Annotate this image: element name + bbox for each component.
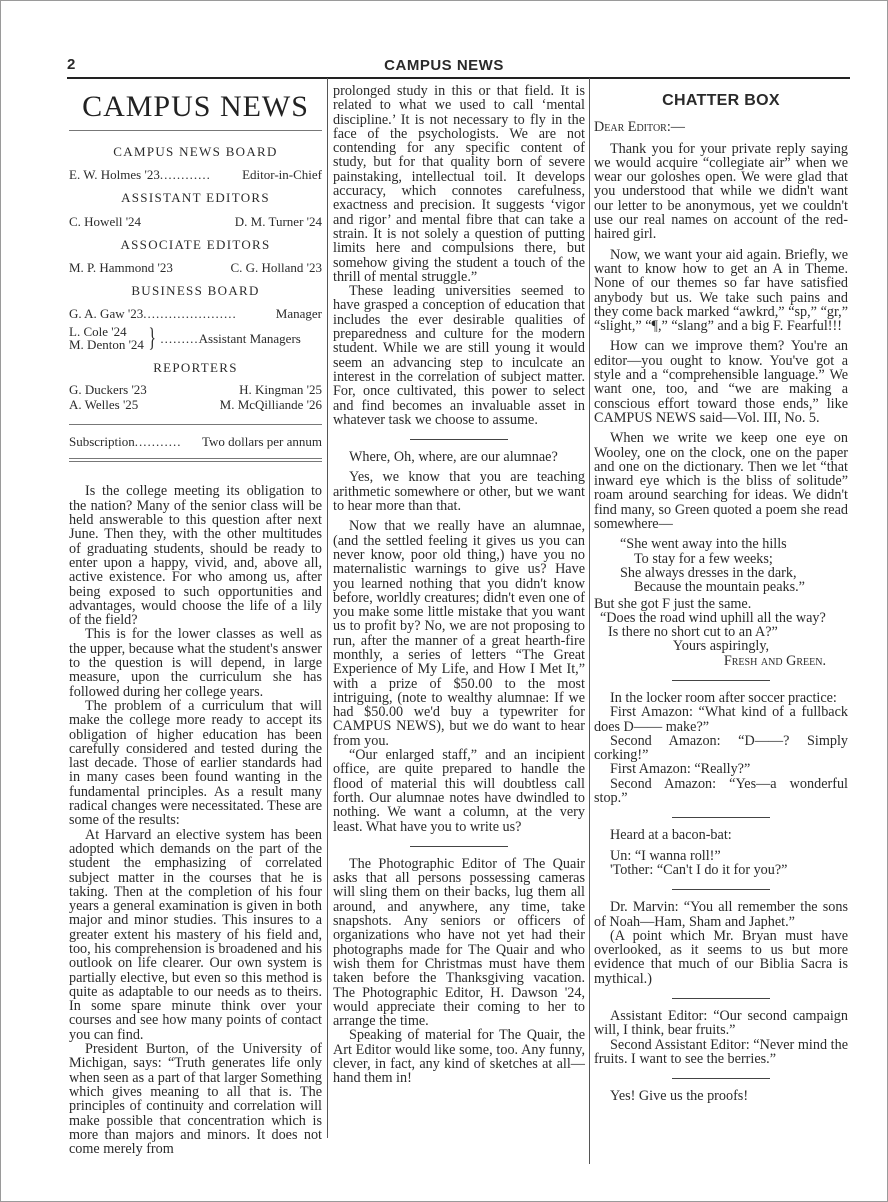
assistant-editor-name: D. M. Turner '24 — [235, 213, 322, 230]
associate-editor-name: C. G. Holland '23 — [230, 259, 322, 276]
poem-line: “She went away into the hills — [620, 537, 848, 551]
leader-dots: ............ — [160, 166, 242, 183]
editorial-continued-paragraph: prolonged study in this or that field. I… — [333, 84, 585, 284]
manager-role: Manager — [276, 305, 322, 322]
associate-editor-name: M. P. Hammond '23 — [69, 259, 173, 276]
editorial-paragraph: Is the college meeting its obligation to… — [69, 484, 322, 627]
section-separator — [672, 817, 770, 818]
anecdote-line: Assistant Editor: “Our second campaign w… — [594, 1009, 848, 1038]
masthead-double-rule — [69, 458, 322, 462]
assistant-managers-names: L. Cole '24 M. Denton '24 — [69, 325, 144, 351]
alumnae-heading: Where, Oh, where, are our alumnae? — [333, 450, 585, 464]
reporter-name: A. Welles '25 — [69, 397, 138, 412]
subscription-label: Subscription — [69, 433, 135, 450]
letter-paragraph: When we write we keep one eye on Wooley,… — [594, 431, 848, 531]
manager-name: G. A. Gaw '23 — [69, 305, 143, 322]
section-separator — [672, 998, 770, 999]
quair-paragraph: The Photographic Editor of The Quair ask… — [333, 857, 585, 1029]
section-separator — [672, 680, 770, 681]
poem-line: To stay for a few weeks; — [620, 552, 848, 566]
editorial-paragraph: President Burton, of the University of M… — [69, 1042, 322, 1156]
anecdote-line: Heard at a bacon-bat: — [594, 828, 848, 842]
assistant-editors-row: C. Howell '24 D. M. Turner '24 — [69, 213, 322, 230]
anecdote-line: Un: “I wanna roll!” — [594, 849, 848, 863]
section-separator — [410, 439, 508, 440]
editorial-paragraph: At Harvard an elective system has been a… — [69, 828, 322, 1042]
assistant-editors-heading: ASSISTANT EDITORS — [69, 191, 322, 205]
editorial-paragraph: This is for the lower classes as well as… — [69, 627, 322, 698]
business-board-heading: BUSINESS BOARD — [69, 284, 322, 298]
assistant-manager-name: M. Denton '24 — [69, 338, 144, 351]
editorial-paragraph: The problem of a curriculum that will ma… — [69, 699, 322, 828]
board-title: CAMPUS NEWS BOARD — [69, 145, 322, 159]
alumnae-paragraph: “Our enlarged staff,” and an incipient o… — [333, 748, 585, 834]
reporter-name: G. Duckers '23 — [69, 382, 147, 397]
column-2: prolonged study in this or that field. I… — [333, 84, 585, 1086]
anecdote-line: Second Assistant Editor: “Never mind the… — [594, 1038, 848, 1067]
verse-line: Is there no short cut to an A?” — [600, 625, 848, 639]
anecdote-line: Dr. Marvin: “You all remember the sons o… — [594, 900, 848, 929]
editor-in-chief-role: Editor-in-Chief — [242, 166, 322, 183]
column-divider-2 — [589, 78, 590, 1164]
associate-editors-heading: ASSOCIATE EDITORS — [69, 238, 322, 252]
alumnae-paragraph: Yes, we know that you are teaching arith… — [333, 470, 585, 513]
after-poem: But she got F just the same. — [594, 597, 848, 611]
manager-row: G. A. Gaw '23 ...................... Man… — [69, 305, 322, 322]
alumnae-paragraph: Now that we really have an alumnae, (and… — [333, 519, 585, 748]
quair-paragraph: Speaking of material for The Quair, the … — [333, 1028, 585, 1085]
reporters-row: G. Duckers '23 H. Kingman '25 — [69, 382, 322, 397]
column-1: CAMPUS NEWS CAMPUS NEWS BOARD E. W. Holm… — [69, 82, 322, 1156]
chatter-box-title: CHATTER BOX — [594, 94, 848, 108]
assistant-editor-name: C. Howell '24 — [69, 213, 141, 230]
header-rule — [67, 77, 850, 79]
question-verse: “Does the road wind uphill all the way? … — [600, 611, 848, 640]
final-line: Yes! Give us the proofs! — [594, 1089, 848, 1103]
anecdote-line: Second Amazon: “D——? Simply corking!” — [594, 734, 848, 763]
letter-paragraph: Now, we want your aid again. Briefly, we… — [594, 248, 848, 334]
leader-dots: ......... — [160, 332, 198, 345]
anecdote-line: First Amazon: “Really?” — [594, 762, 848, 776]
poem-line: Because the mountain peaks.” — [620, 580, 848, 594]
poem: “She went away into the hills To stay fo… — [620, 537, 848, 594]
masthead-title: CAMPUS NEWS — [69, 90, 322, 124]
reporters-row: A. Welles '25 M. McQilliande '26 — [69, 397, 322, 412]
subscription-value: Two dollars per annum — [202, 433, 322, 450]
closing: Yours aspiringly, — [594, 639, 848, 653]
subscription-rule — [69, 424, 322, 425]
salutation: Dear Editor:— — [594, 120, 848, 134]
anecdote-line: In the locker room after soccer practice… — [594, 691, 848, 705]
assistant-managers-role: Assistant Managers — [199, 332, 301, 345]
verse-line: “Does the road wind uphill all the way? — [600, 611, 848, 625]
signature: Fresh and Green. — [594, 654, 848, 668]
anecdote-line: First Amazon: “What kind of a fullback d… — [594, 705, 848, 734]
editor-in-chief-row: E. W. Holmes '23 ............ Editor-in-… — [69, 166, 322, 183]
section-separator — [672, 889, 770, 890]
leader-dots: ...................... — [143, 305, 276, 322]
leader-dots: ........... — [135, 433, 202, 450]
letter-paragraph: How can we improve them? You're an edito… — [594, 339, 848, 425]
editor-in-chief-name: E. W. Holmes '23 — [69, 166, 160, 183]
anecdote-line: 'Tother: “Can't I do it for you?” — [594, 863, 848, 877]
anecdote-line: (A point which Mr. Bryan must have overl… — [594, 929, 848, 986]
column-divider-1 — [327, 78, 328, 1138]
brace-icon: } — [148, 325, 155, 351]
running-title: CAMPUS NEWS — [0, 57, 888, 74]
masthead-rule — [69, 130, 322, 131]
reporter-name: M. McQilliande '26 — [220, 397, 322, 412]
section-separator — [410, 846, 508, 847]
anecdote-line: Second Amazon: “Yes—a wonderful stop.” — [594, 777, 848, 806]
subscription-row: Subscription ........... Two dollars per… — [69, 433, 322, 450]
associate-editors-row: M. P. Hammond '23 C. G. Holland '23 — [69, 259, 322, 276]
poem-line: She always dresses in the dark, — [620, 566, 848, 580]
editorial-continued-paragraph: These leading universities seemed to hav… — [333, 284, 585, 427]
reporters-heading: REPORTERS — [69, 361, 322, 375]
letter-paragraph: Thank you for your private reply saying … — [594, 142, 848, 242]
assistant-managers-row: L. Cole '24 M. Denton '24 } ......... As… — [69, 325, 322, 351]
section-separator — [672, 1078, 770, 1079]
column-3: CHATTER BOX Dear Editor:— Thank you for … — [594, 85, 848, 1104]
reporter-name: H. Kingman '25 — [239, 382, 322, 397]
